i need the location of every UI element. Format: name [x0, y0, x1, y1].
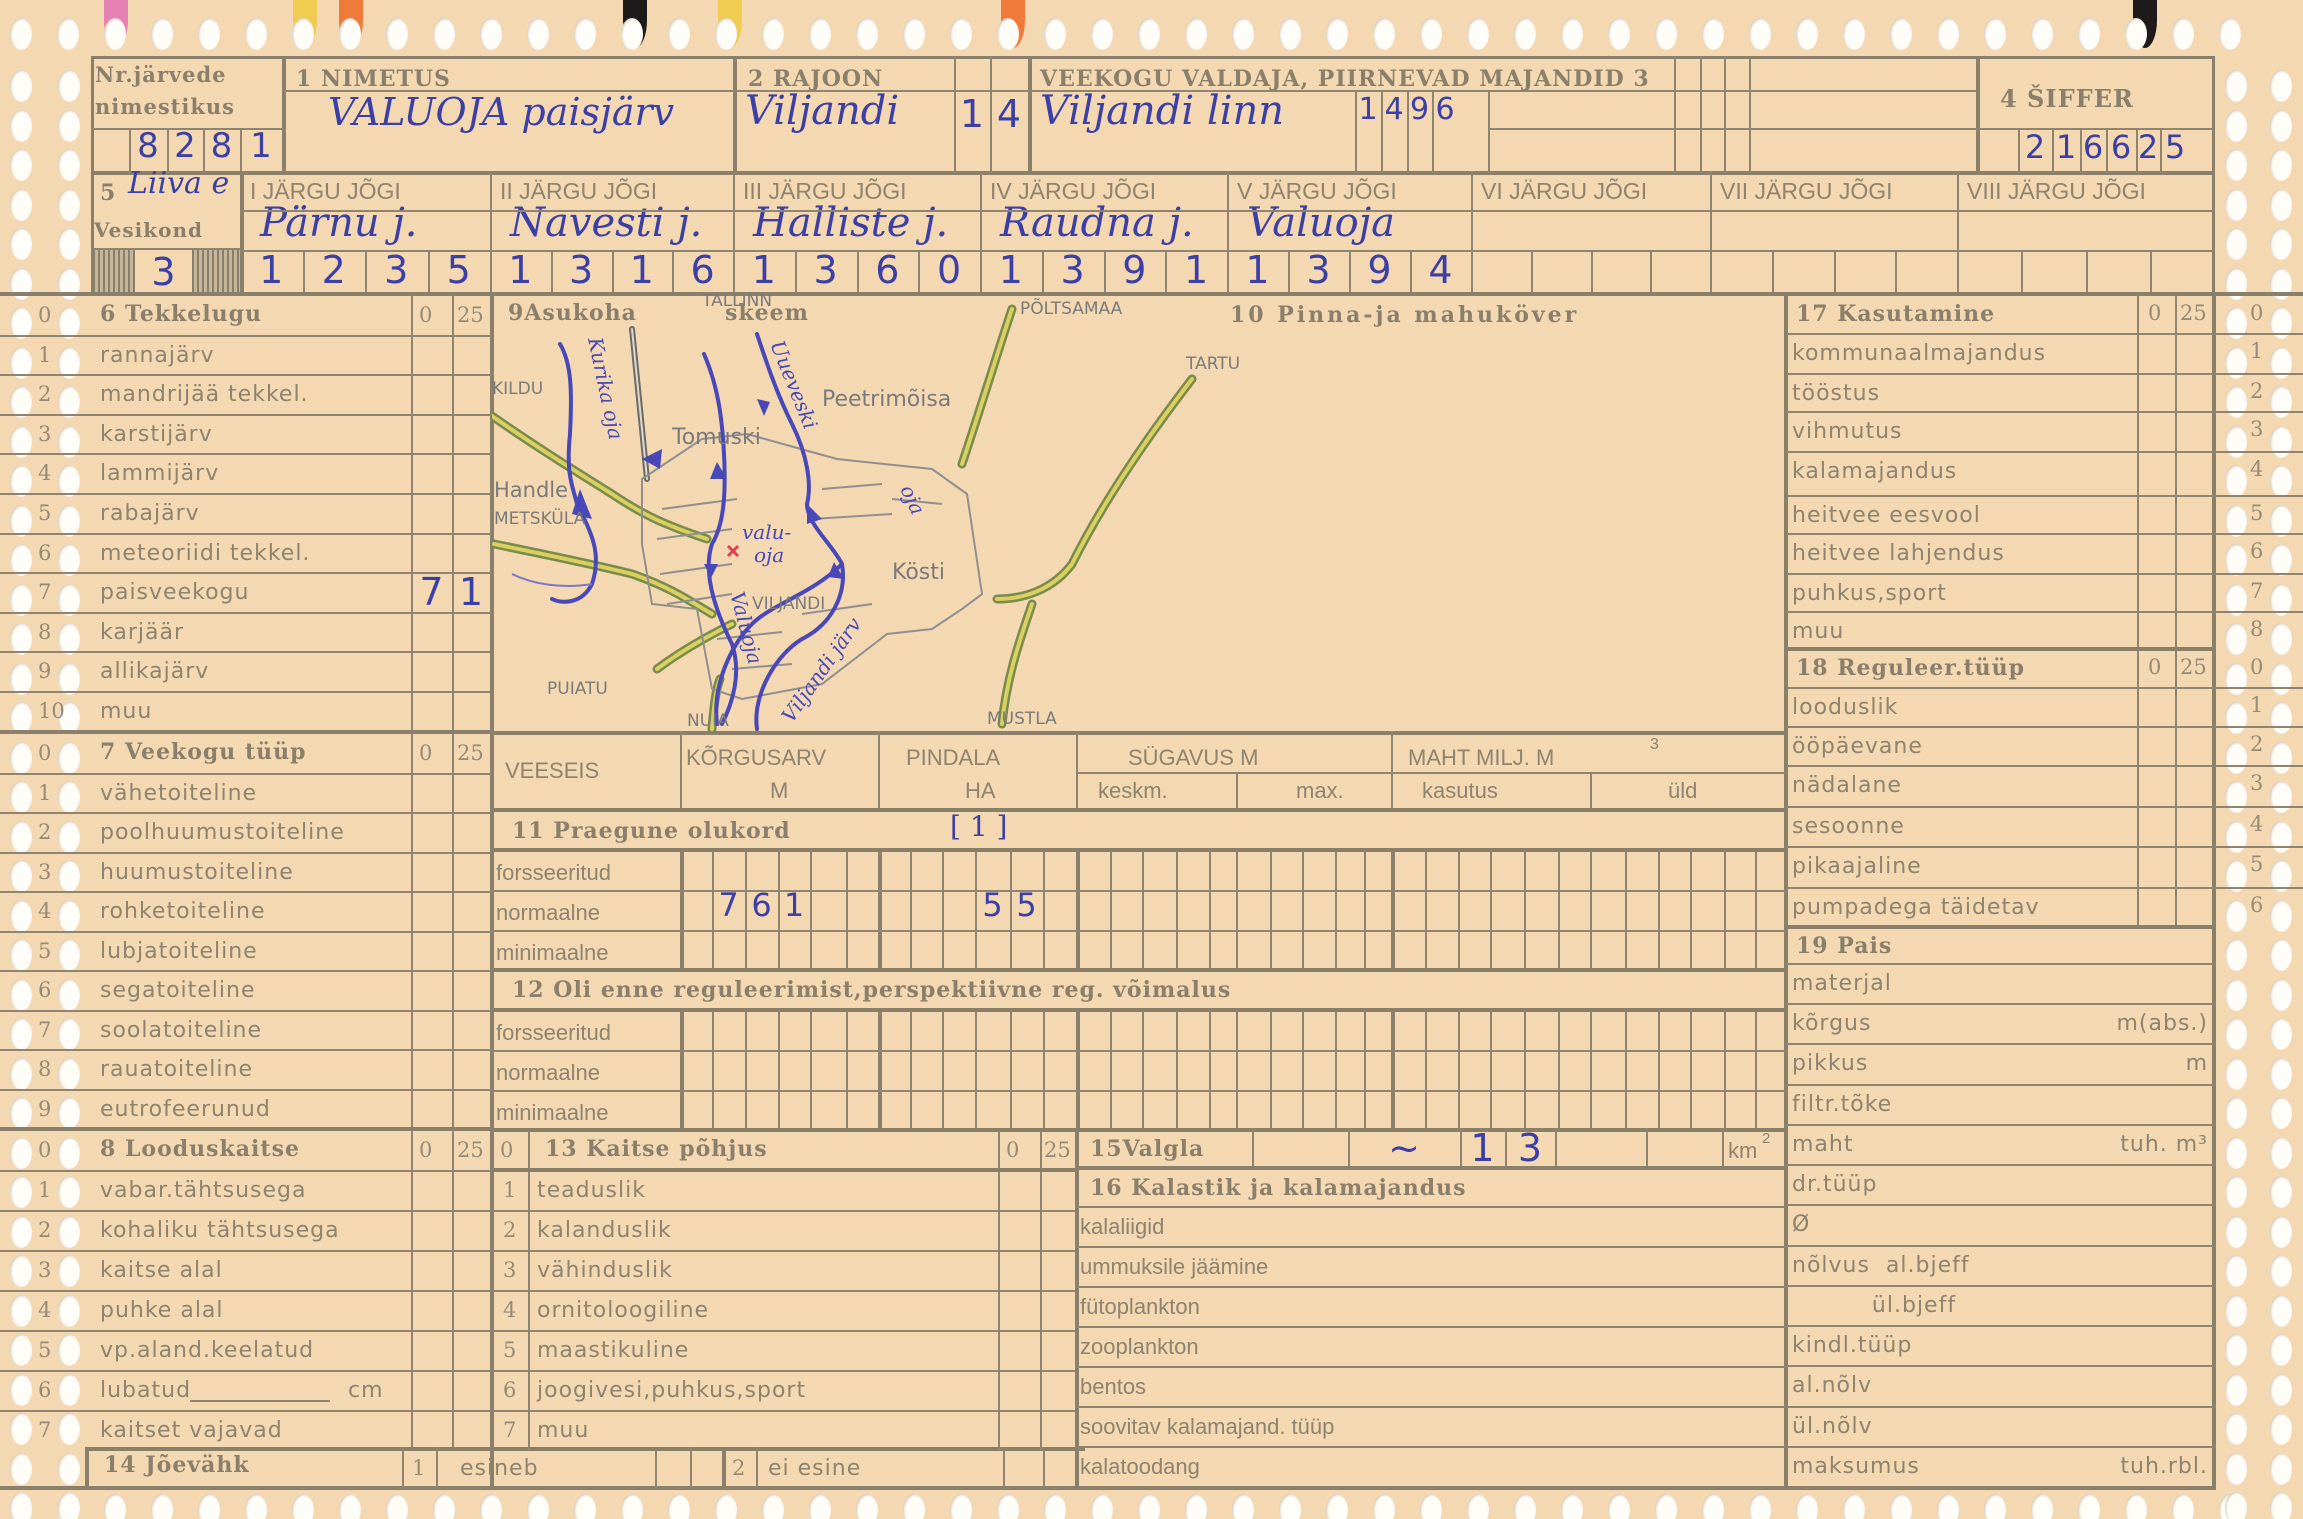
- punch-hole: [2225, 386, 2247, 418]
- punch-hole: [58, 781, 80, 813]
- punch-hole: [527, 1494, 549, 1519]
- kasutus-label: kasutus: [1422, 778, 1498, 804]
- checklist-row[interactable]: joogivesi,puhkus,sport: [537, 1378, 806, 1403]
- divider: [846, 1010, 848, 1130]
- dam-row-label[interactable]: pikkus: [1792, 1051, 1868, 1076]
- divider: [1236, 850, 1238, 970]
- divider: [2150, 250, 2152, 294]
- vesikond-value[interactable]: Liiva e: [128, 166, 229, 201]
- punch-hole: [1185, 1494, 1207, 1519]
- checklist-row[interactable]: teaduslik: [537, 1178, 646, 1203]
- divider: [878, 850, 882, 970]
- punch-hole: [2225, 1216, 2247, 1248]
- divider: [1786, 611, 2303, 613]
- divider: [1558, 850, 1560, 970]
- divider: [1110, 850, 1112, 970]
- punch-hole: [104, 1494, 126, 1519]
- dam-row-label[interactable]: Ø: [1792, 1212, 1810, 1237]
- punch-hole: [10, 1413, 32, 1445]
- row-code: 8: [38, 620, 51, 644]
- punch-hole: [151, 1494, 173, 1519]
- vesikond-code: 3: [135, 250, 192, 294]
- col-25-header: 25: [1044, 1138, 1071, 1162]
- punch-hole: [58, 544, 80, 576]
- fish-row-label[interactable]: fütoplankton: [1080, 1294, 1200, 1320]
- punch-hole: [1232, 1494, 1254, 1519]
- dam-row-label[interactable]: al.nõlv: [1792, 1373, 1872, 1398]
- divider: [1786, 1084, 2216, 1086]
- river-code-digit: 2: [303, 248, 366, 292]
- punch-hole: [2225, 1413, 2247, 1445]
- dam-row-unit: m: [2090, 1051, 2208, 1076]
- punch-hole: [1984, 1494, 2006, 1519]
- punch-hole: [621, 18, 643, 50]
- punch-hole: [2225, 742, 2247, 774]
- punch-hole: [2270, 544, 2292, 576]
- divider: [722, 1447, 726, 1488]
- col-0-header: 0: [2148, 301, 2161, 325]
- divider: [490, 1290, 1076, 1292]
- divider: [1786, 573, 2303, 575]
- punch-hole: [2270, 979, 2292, 1011]
- divider: [1458, 850, 1460, 970]
- divider: [733, 56, 737, 173]
- korgusarv-digit: 6: [745, 886, 778, 924]
- divider: [490, 1050, 1786, 1052]
- divider: [1236, 772, 1238, 808]
- punch-hole: [1091, 1494, 1113, 1519]
- fish-row-label[interactable]: kalatoodang: [1080, 1454, 1200, 1480]
- col-0-header: 0: [419, 1138, 432, 1162]
- divider: [910, 850, 912, 970]
- dam-row-label[interactable]: maht: [1792, 1132, 1853, 1157]
- punch-hole: [668, 18, 690, 50]
- punch-hole: [1796, 1494, 1818, 1519]
- punch-hole: [903, 1494, 925, 1519]
- rajoon-digit: 1: [954, 92, 990, 136]
- checklist-row[interactable]: nädalane: [1792, 773, 1902, 798]
- punch-hole: [1467, 1494, 1489, 1519]
- punch-hole: [2031, 18, 2053, 50]
- siffer-digit: 1: [2052, 128, 2080, 166]
- punch-hole: [339, 1494, 361, 1519]
- divider: [1786, 1325, 2216, 1327]
- punch-hole: [2270, 900, 2292, 932]
- uld-label: üld: [1668, 778, 1697, 804]
- fish-row-label[interactable]: bentos: [1080, 1374, 1146, 1400]
- nr-label: Nr.järvede: [95, 62, 227, 87]
- checklist-row[interactable]: vähinduslik: [537, 1258, 673, 1283]
- row-label: paisveekogu: [100, 580, 249, 605]
- option-ei-esine[interactable]: ei esine: [768, 1456, 861, 1481]
- dam-row-label[interactable]: maksumus: [1792, 1454, 1920, 1479]
- river-code-digit: 1: [612, 248, 673, 292]
- row-label: lammijärv: [100, 461, 219, 486]
- fish-row-label[interactable]: zooplankton: [1080, 1334, 1199, 1360]
- col-25-header: 25: [457, 741, 484, 765]
- divider: [1076, 731, 1078, 808]
- divider: [756, 1447, 758, 1488]
- dam-row-label[interactable]: kõrgus: [1792, 1011, 1871, 1036]
- divider: [1650, 250, 1652, 294]
- svg-text:KILDU: KILDU: [492, 379, 543, 399]
- checklist-row[interactable]: pikaajaline: [1792, 854, 1922, 879]
- checklist-row[interactable]: sesoonne: [1792, 814, 1905, 839]
- row-code: 4: [503, 1298, 516, 1322]
- punch-hole: [762, 18, 784, 50]
- divider: [1786, 687, 2303, 689]
- row-label: huumustoiteline: [100, 860, 294, 885]
- row-label: segatoiteline: [100, 978, 256, 1003]
- checklist-row[interactable]: maastikuline: [537, 1338, 689, 1363]
- checklist-row[interactable]: tööstus: [1792, 381, 1880, 406]
- divider: [1590, 772, 1592, 808]
- checklist-row[interactable]: kalamajandus: [1792, 459, 1957, 484]
- korgusarv-digit: 1: [778, 886, 810, 924]
- row-label: karstijärv: [100, 422, 213, 447]
- row-code: 1: [2250, 339, 2263, 363]
- svg-text:PUIATU: PUIATU: [547, 679, 608, 699]
- rajoon-value[interactable]: Viljandi: [745, 88, 899, 134]
- divider: [1957, 171, 1959, 294]
- divider: [490, 1128, 1786, 1132]
- punch-hole: [10, 228, 32, 260]
- pindala-digit: 5: [1010, 886, 1043, 924]
- checklist-row[interactable]: kommunaalmajandus: [1792, 341, 2046, 366]
- punch-hole: [1796, 18, 1818, 50]
- river-code-digit: 1: [240, 248, 303, 292]
- location-map-sketch: TALLINN PÕLTSAMAA TARTU KILDU Handle MET…: [492, 294, 1272, 731]
- punch-hole: [1843, 18, 1865, 50]
- marked-value-25: 1: [452, 570, 490, 614]
- divider: [1786, 806, 2303, 808]
- divider: [1786, 925, 2216, 929]
- col-25-header: 25: [457, 303, 484, 327]
- svg-text:oja: oja: [754, 543, 784, 567]
- fish-row-label[interactable]: ummuksile jäämine: [1080, 1254, 1268, 1280]
- divider: [1028, 56, 1032, 173]
- svg-text:Handle: Handle: [494, 478, 568, 502]
- divider: [1076, 1010, 1080, 1130]
- svg-text:NUIA: NUIA: [687, 711, 729, 731]
- row-label: lubjatoiteline: [100, 939, 258, 964]
- punch-hole: [2270, 1374, 2292, 1406]
- divider: [240, 250, 2215, 252]
- col-0-header: 0: [1006, 1138, 1019, 1162]
- divider: [942, 850, 944, 970]
- dam-row-label[interactable]: ül.bjeff: [1792, 1293, 1956, 1318]
- punch-hole: [10, 979, 32, 1011]
- divider: [1075, 1128, 1079, 1488]
- punch-hole: [1890, 18, 1912, 50]
- checklist-row[interactable]: puhkus,sport: [1792, 581, 1947, 606]
- checklist-row[interactable]: muu: [1792, 619, 1844, 644]
- checklist-row[interactable]: looduslik: [1792, 695, 1898, 720]
- nimetus-label: 1 NIMETUS: [296, 66, 451, 92]
- divider: [490, 808, 1786, 812]
- divider: [910, 1010, 912, 1130]
- divider: [1724, 56, 1726, 173]
- river-name[interactable]: Valuoja: [1247, 200, 1395, 246]
- section-title: 17 Kasutamine: [1796, 301, 1995, 327]
- punch-hole: [2225, 1097, 2247, 1129]
- punch-hole: [2225, 623, 2247, 655]
- river-code-digit: 3: [1042, 248, 1104, 292]
- punch-hole: [1561, 1494, 1583, 1519]
- col-25-header: 25: [2180, 301, 2207, 325]
- row-code: 6: [38, 1378, 51, 1402]
- dam-row-label[interactable]: kindl.tüüp: [1792, 1333, 1912, 1358]
- divider: [745, 1010, 747, 1130]
- punch-hole: [2270, 1176, 2292, 1208]
- divider: [1252, 1128, 1254, 1168]
- dam-row-unit: tuh. m³: [2090, 1132, 2208, 1157]
- divider: [680, 850, 684, 970]
- row-code: 6: [503, 1378, 516, 1402]
- punch-hole: [58, 1453, 80, 1485]
- punch-hole: [2172, 18, 2194, 50]
- row-label: vabar.tähtsusega: [100, 1178, 307, 1203]
- row-code: 5: [2250, 501, 2263, 525]
- option-esineb[interactable]: esineb: [460, 1456, 539, 1481]
- punch-hole: [1326, 18, 1348, 50]
- punch-hole: [151, 18, 173, 50]
- divider: [975, 1010, 977, 1130]
- divider: [1043, 1010, 1045, 1130]
- valgla-unit: km: [1728, 1138, 1757, 1164]
- divider: [1786, 451, 2303, 453]
- korgusarv-label: KÕRGUSARV: [686, 745, 826, 771]
- punch-hole: [480, 18, 502, 50]
- divider: [1690, 1010, 1692, 1130]
- col-0-header: 0: [2148, 655, 2161, 679]
- river-name[interactable]: Raudna j.: [1000, 200, 1194, 246]
- divider: [1209, 850, 1211, 970]
- punch-hole: [2225, 1295, 2247, 1327]
- divider: [1364, 1010, 1366, 1130]
- punch-hole: [2270, 1413, 2292, 1445]
- row-label: normaalne: [496, 900, 600, 926]
- divider: [1142, 850, 1144, 970]
- punch-hole: [1373, 18, 1395, 50]
- divider: [490, 1250, 1076, 1252]
- river-code-digit: 1: [1227, 248, 1288, 292]
- divider: [1658, 1010, 1660, 1130]
- punch-hole: [574, 1494, 596, 1519]
- checklist-row[interactable]: muu: [537, 1418, 589, 1443]
- punch-hole: [58, 939, 80, 971]
- punch-hole: [809, 18, 831, 50]
- svg-text:VILJANDI: VILJANDI: [752, 594, 825, 614]
- svg-text:Peetrimõisa: Peetrimõisa: [822, 387, 951, 412]
- divider: [1786, 1285, 2216, 1287]
- row-code: 7: [2250, 579, 2263, 603]
- punch-hole: [2225, 702, 2247, 734]
- valgla-unit-sup: 2: [1762, 1130, 1770, 1147]
- punch-hole: [2225, 1334, 2247, 1366]
- siffer-label: 4 ŠIFFER: [2000, 84, 2134, 113]
- col-25-header: 25: [2180, 655, 2207, 679]
- river-code-digit: 6: [857, 248, 919, 292]
- punch-hole: [10, 1295, 32, 1327]
- divider: [1690, 850, 1692, 970]
- punch-hole: [1890, 1494, 1912, 1519]
- punch-hole: [2078, 18, 2100, 50]
- divider: [1176, 850, 1178, 970]
- row-code: 0: [38, 741, 51, 765]
- divider: [1625, 1010, 1627, 1130]
- divider: [712, 1010, 714, 1130]
- divider: [1786, 1365, 2216, 1367]
- row-code: 8: [38, 1057, 51, 1081]
- punch-hole: [2270, 1295, 2292, 1327]
- punch-hole: [1326, 1494, 1348, 1519]
- punch-hole: [1514, 1494, 1536, 1519]
- section-title: 6 Tekkelugu: [100, 301, 262, 327]
- divider: [1786, 726, 2303, 728]
- vesikond-label: Vesikond: [94, 218, 203, 242]
- punch-hole: [1373, 1494, 1395, 1519]
- punch-hole: [903, 18, 925, 50]
- punch-hole: [2225, 189, 2247, 221]
- divider: [490, 1370, 1076, 1372]
- river-name[interactable]: Navesti j.: [510, 200, 702, 246]
- checklist-row[interactable]: heitvee lahjendus: [1792, 541, 2005, 566]
- row-code: 8: [2250, 617, 2263, 641]
- punch-hole: [58, 149, 80, 181]
- pindala-unit: HA: [965, 778, 996, 804]
- punch-hole: [1561, 18, 1583, 50]
- fish-row-label[interactable]: soovitav kalamajand. tüüp: [1080, 1414, 1334, 1440]
- divider: [1786, 333, 2303, 335]
- row-code: 9: [38, 659, 51, 683]
- punch-hole: [10, 18, 32, 50]
- dam-row-label[interactable]: filtr.tõke: [1792, 1092, 1892, 1117]
- punch-hole: [386, 18, 408, 50]
- divider: [85, 1447, 89, 1488]
- punch-hole: [10, 1176, 32, 1208]
- divider: [1110, 1010, 1112, 1130]
- dam-row-label[interactable]: nõlvus al.bjeff: [1792, 1253, 1970, 1278]
- punch-hole: [2225, 505, 2247, 537]
- punch-hole: [58, 1255, 80, 1287]
- punch-hole: [10, 742, 32, 774]
- punch-hole: [1843, 1494, 1865, 1519]
- punch-hole: [58, 189, 80, 221]
- divider: [1658, 850, 1660, 970]
- river-code-digit: 9: [1104, 248, 1166, 292]
- fill-line: [190, 1400, 330, 1402]
- row-code: 0: [2250, 655, 2263, 679]
- river-code-digit: 3: [551, 248, 612, 292]
- svg-text:Kösti: Kösti: [892, 560, 945, 585]
- nimetus-value[interactable]: VALUOJA paisjärv: [328, 90, 674, 134]
- punch-hole: [58, 860, 80, 892]
- punch-hole: [2270, 1492, 2292, 1519]
- checklist-row[interactable]: heitvee eesvool: [1792, 503, 1981, 528]
- dam-row-label[interactable]: ül.nõlv: [1792, 1414, 1873, 1439]
- punch-hole: [198, 1494, 220, 1519]
- punch-hole: [198, 18, 220, 50]
- punch-hole: [58, 663, 80, 695]
- divider: [1755, 850, 1757, 970]
- divider: [1003, 1447, 1005, 1488]
- punch-hole: [2270, 1137, 2292, 1169]
- row-code: 4: [38, 461, 51, 485]
- rajoon-digit: 4: [990, 92, 1028, 136]
- row-label: mandrijää tekkel.: [100, 382, 309, 407]
- divider: [942, 1010, 944, 1130]
- divider: [2175, 649, 2177, 927]
- row-code: 5: [503, 1338, 516, 1362]
- checklist-row[interactable]: kalanduslik: [537, 1218, 672, 1243]
- valdaja-value[interactable]: Viljandi linn: [1040, 88, 1284, 134]
- river-code-digit: 1: [490, 248, 551, 292]
- punch-hole: [809, 1494, 831, 1519]
- punch-hole: [668, 1494, 690, 1519]
- punch-hole: [950, 1494, 972, 1519]
- valdaja-digit: 4: [1381, 92, 1407, 127]
- river-code-digit: 3: [1288, 248, 1349, 292]
- fish-row-label[interactable]: kalaliigid: [1080, 1214, 1164, 1240]
- dam-row-label[interactable]: materjal: [1792, 971, 1892, 996]
- checklist-row[interactable]: pumpadega täidetav: [1792, 895, 2040, 920]
- checklist-row[interactable]: ööpäevane: [1792, 734, 1923, 759]
- row-code: 0: [38, 1138, 51, 1162]
- divider: [490, 890, 1786, 892]
- punch-hole: [2225, 979, 2247, 1011]
- river-name[interactable]: Pärnu j.: [260, 200, 417, 246]
- punch-hole: [58, 1334, 80, 1366]
- row-code: 4: [38, 1298, 51, 1322]
- punch-hole: [1279, 18, 1301, 50]
- divider: [1524, 1010, 1526, 1130]
- punch-hole: [715, 18, 737, 50]
- row-code: 7: [503, 1418, 516, 1442]
- punch-hole: [10, 623, 32, 655]
- punch-hole: [292, 18, 314, 50]
- punch-hole: [58, 979, 80, 1011]
- svg-text:Viljandi järv: Viljandi järv: [776, 612, 866, 727]
- option-num: 2: [732, 1456, 745, 1480]
- siffer-digit: 6: [2106, 128, 2136, 166]
- divider: [1075, 1406, 1786, 1408]
- row-label: kaitse alal: [100, 1258, 223, 1283]
- row-code: 3: [503, 1258, 516, 1282]
- row-code: 10: [38, 699, 65, 723]
- divider: [1786, 1043, 2216, 1045]
- checklist-row[interactable]: vihmutus: [1792, 419, 1902, 444]
- river-order-label: VI JÄRGU JÕGI: [1481, 178, 1647, 205]
- punch-hole: [2270, 110, 2292, 142]
- punch-hole: [2225, 1018, 2247, 1050]
- siffer-digit: 5: [2160, 128, 2190, 166]
- punch-hole: [2270, 663, 2292, 695]
- pindala-digit: 5: [975, 886, 1010, 924]
- divider: [1700, 56, 1702, 173]
- punch-hole: [2270, 1453, 2292, 1485]
- divider: [778, 1010, 780, 1130]
- divider: [91, 171, 2215, 175]
- siffer-digit: 2: [2136, 128, 2160, 166]
- divider: [1895, 250, 1897, 294]
- river-name[interactable]: Halliste j.: [753, 200, 948, 246]
- punch-hole: [2270, 189, 2292, 221]
- checklist-row[interactable]: ornitoloogiline: [537, 1298, 709, 1323]
- dam-row-label[interactable]: dr.tüüp: [1792, 1172, 1877, 1197]
- punch-hole: [10, 860, 32, 892]
- row-code: 2: [38, 382, 51, 406]
